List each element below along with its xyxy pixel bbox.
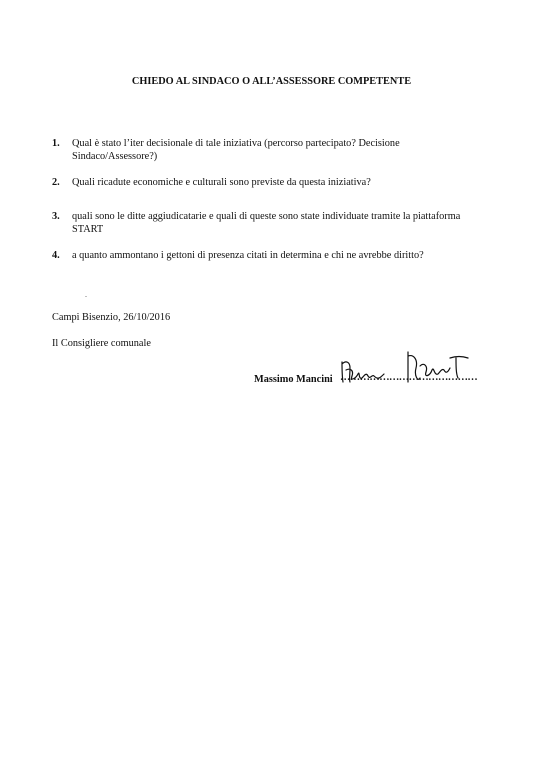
question-number: 3.	[52, 210, 60, 223]
document-title: CHIEDO AL SINDACO O ALL’ASSESSORE COMPET…	[0, 76, 543, 87]
stray-mark: .	[85, 290, 87, 299]
question-number: 2.	[52, 176, 60, 189]
handwritten-signature	[336, 348, 486, 388]
question-item: 3. quali sono le ditte aggiudicatarie e …	[52, 210, 482, 236]
question-text: a quanto ammontano i gettoni di presenza…	[72, 249, 482, 262]
signer-role: Il Consigliere comunale	[52, 338, 151, 349]
question-item: 2. Quali ricadute economiche e culturali…	[52, 176, 482, 189]
question-text: Qual è stato l’iter decisionale di tale …	[72, 137, 482, 163]
place-date: Campi Bisenzio, 26/10/2016	[52, 312, 170, 323]
question-item: 4. a quanto ammontano i gettoni di prese…	[52, 249, 482, 262]
signer-name: Massimo Mancini	[254, 374, 333, 385]
question-text: quali sono le ditte aggiudicatarie e qua…	[72, 210, 482, 236]
question-item: 1. Qual è stato l’iter decisionale di ta…	[52, 137, 482, 163]
question-number: 4.	[52, 249, 60, 262]
question-text: Quali ricadute economiche e culturali so…	[72, 176, 482, 189]
question-number: 1.	[52, 137, 60, 150]
